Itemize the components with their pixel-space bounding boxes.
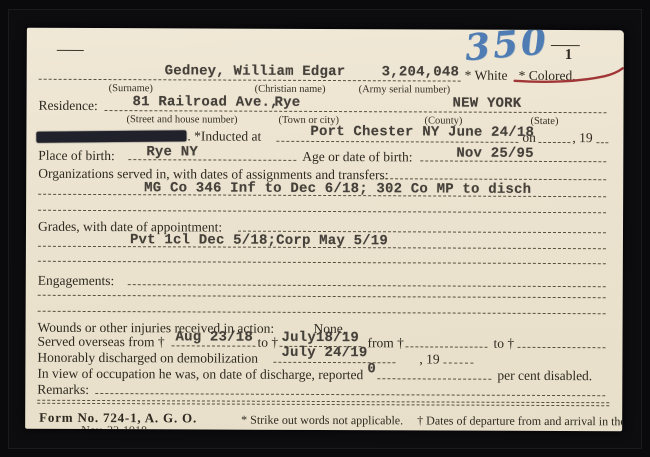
- discharged-dotted-line-2: [443, 363, 473, 364]
- handwritten-number: 350: [463, 28, 550, 70]
- footnote-dagger: † Dates of departure from and arrival in…: [417, 413, 624, 429]
- residence-state-value: NEW YORK: [453, 96, 522, 112]
- overseas-dotted-line-4: [517, 347, 605, 348]
- inducted-on-label: on: [522, 130, 536, 146]
- christian-name-caption: (Christian name): [255, 84, 326, 95]
- redacted-text-bar: [36, 130, 186, 142]
- birthdate-value: Nov 25/95: [456, 146, 533, 162]
- serial-number-caption: (Army serial number): [359, 84, 451, 95]
- birth-place-dotted-line: [128, 159, 296, 161]
- organizations-dotted-line-3: [38, 210, 606, 213]
- overseas-dotted-line-1: [171, 345, 255, 346]
- overseas-to-label-1: to †: [257, 335, 278, 351]
- serial-number-value: 3,204,048: [382, 64, 459, 80]
- page-number: 1: [565, 47, 573, 64]
- street-caption: (Street and house number): [126, 114, 237, 125]
- engagements-label: Engagements:: [38, 273, 115, 289]
- engagements-dotted-line-2: [38, 295, 606, 298]
- inducted-at-label: . *Inducted at: [187, 128, 261, 144]
- scanned-record-viewer: { "annotations": { "handwritten_number":…: [0, 0, 650, 457]
- discharged-dotted-line-1: [273, 362, 395, 364]
- state-caption: (State): [530, 116, 558, 127]
- place-of-birth-label: Place of birth:: [38, 148, 115, 164]
- residence-dotted-line: [105, 110, 607, 113]
- surname-caption: (Surname): [109, 83, 153, 94]
- discharged-date-value: July 24/19: [281, 345, 367, 361]
- remarks-label: Remarks:: [37, 382, 89, 398]
- induction-year-label: , 19: [572, 130, 592, 146]
- red-strikethrough: [513, 68, 624, 86]
- induction-on-dotted-line: [538, 142, 570, 143]
- place-of-birth-value: Rye NY: [146, 144, 198, 160]
- induction-year-dotted-line: [596, 142, 608, 143]
- percent-disabled-label: per cent disabled.: [497, 368, 592, 384]
- residence-street-value: 81 Railroad Ave.,: [133, 94, 279, 111]
- footer-divider-line: [37, 400, 609, 406]
- birthdate-dotted-line: [420, 160, 606, 162]
- footnote-asterisk: * Strike out words not applicable.: [241, 413, 403, 429]
- top-left-pen-dash: [57, 50, 84, 51]
- race-white-label: * White: [465, 68, 508, 84]
- overseas-to-label-2: to †: [493, 336, 514, 352]
- remarks-dotted-line: [95, 393, 605, 396]
- service-record-card: 350 1 Gedney, William Edgar 3,204,048 * …: [25, 28, 624, 432]
- overseas-to-date-1: July18/19: [281, 330, 358, 346]
- grades-dotted-line-3: [38, 261, 606, 264]
- engagements-dotted-line-3: [38, 311, 606, 314]
- discharged-year-label: , 19: [419, 351, 439, 367]
- induction-dotted-line: [276, 141, 518, 143]
- residence-label: Residence:: [39, 98, 98, 114]
- residence-town-value: Rye: [275, 95, 301, 111]
- served-overseas-label: Served overseas from †: [37, 334, 164, 351]
- organizations-dotted-line-1: [380, 178, 606, 180]
- overseas-from-label-2: from †: [367, 335, 403, 351]
- induction-place-value: Port Chester NY June 24/18: [310, 124, 534, 141]
- page-number-dash: [551, 45, 580, 46]
- soldier-name-value: Gedney, William Edgar: [165, 63, 346, 80]
- discharged-label: Honorably discharged on demobilization: [37, 350, 258, 367]
- disabled-label: In view of occupation he was, on date of…: [37, 366, 363, 383]
- overseas-from-date-1: Aug 23/18: [175, 329, 252, 345]
- engagements-dotted-line-1: [128, 284, 606, 287]
- disabled-dotted-line: [377, 378, 491, 379]
- age-or-birthdate-label: Age or date of birth:: [302, 149, 412, 165]
- overseas-dotted-line-3: [405, 346, 487, 347]
- disabled-percent-value: 0: [367, 361, 376, 377]
